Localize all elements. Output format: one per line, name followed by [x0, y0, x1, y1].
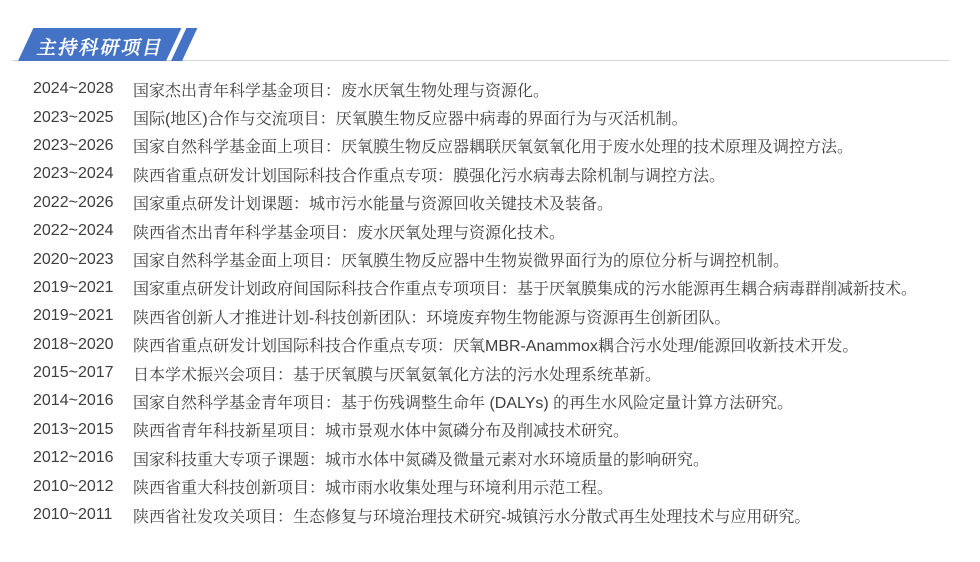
project-title: 陕西省重点研发计划国际科技合作重点专项：膜强化污水病毒去除机制与调控方法。 — [133, 163, 725, 186]
project-list-item: 2015~2017 日本学术振兴会项目：基于厌氧膜与厌氧氨氧化方法的污水处理系统… — [33, 359, 970, 387]
project-title: 国家自然科学基金面上项目：厌氧膜生物反应器中生物炭微界面行为的原位分析与调控机制… — [133, 248, 789, 271]
project-list-item: 2020~2023 国家自然科学基金面上项目：厌氧膜生物反应器中生物炭微界面行为… — [33, 245, 970, 273]
project-list-item: 2010~2011 陕西省社发攻关项目：生态修复与环境治理技术研究-城镇污水分散… — [33, 501, 970, 529]
project-years: 2019~2021 — [33, 279, 133, 297]
project-title: 国际(地区)合作与交流项目：厌氧膜生物反应器中病毒的界面行为与灭活机制。 — [133, 106, 688, 129]
project-years: 2010~2012 — [33, 478, 133, 496]
section-header: 主持科研项目 — [0, 28, 980, 61]
project-list-item: 2024~2028 国家杰出青年科学基金项目：废水厌氧生物处理与资源化。 — [33, 75, 970, 103]
project-years: 2023~2026 — [33, 137, 133, 155]
project-years: 2019~2021 — [33, 307, 133, 325]
project-title: 国家重点研发计划课题：城市污水能量与资源回收关键技术及装备。 — [133, 191, 613, 214]
project-title: 陕西省重点研发计划国际科技合作重点专项：厌氧MBR-Anammox耦合污水处理/… — [133, 333, 858, 356]
project-list-item: 2019~2021 国家重点研发计划政府间国际科技合作重点专项项目：基于厌氧膜集… — [33, 274, 970, 302]
project-list-item: 2022~2024 陕西省杰出青年科学基金项目：废水厌氧处理与资源化技术。 — [33, 217, 970, 245]
project-list-item: 2023~2025 国际(地区)合作与交流项目：厌氧膜生物反应器中病毒的界面行为… — [33, 103, 970, 131]
project-years: 2013~2015 — [33, 421, 133, 439]
research-projects-page: 主持科研项目 2024~2028 国家杰出青年科学基金项目：废水厌氧生物处理与资… — [0, 0, 980, 562]
project-years: 2023~2025 — [33, 109, 133, 127]
project-years: 2024~2028 — [33, 80, 133, 98]
project-years: 2023~2024 — [33, 165, 133, 183]
project-years: 2022~2026 — [33, 194, 133, 212]
project-list-item: 2014~2016 国家自然科学基金青年项目：基于伤残调整生命年 (DALYs)… — [33, 387, 970, 415]
project-list-item: 2013~2015 陕西省青年科技新星项目：城市景观水体中氮磷分布及削减技术研究… — [33, 416, 970, 444]
project-years: 2014~2016 — [33, 392, 133, 410]
project-title: 陕西省青年科技新星项目：城市景观水体中氮磷分布及削减技术研究。 — [133, 418, 629, 441]
project-list-item: 2019~2021 陕西省创新人才推进计划-科技创新团队：环境废弃物生物能源与资… — [33, 302, 970, 330]
project-list-item: 2010~2012 陕西省重大科技创新项目：城市雨水收集处理与环境利用示范工程。 — [33, 472, 970, 500]
project-years: 2010~2011 — [33, 506, 133, 524]
project-list-item: 2012~2016 国家科技重大专项子课题：城市水体中氮磷及微量元素对水环境质量… — [33, 444, 970, 472]
project-list-item: 2022~2026 国家重点研发计划课题：城市污水能量与资源回收关键技术及装备。 — [33, 189, 970, 217]
project-title: 国家重点研发计划政府间国际科技合作重点专项项目：基于厌氧膜集成的污水能源再生耦合… — [133, 276, 917, 299]
project-years: 2022~2024 — [33, 222, 133, 240]
project-list: 2024~2028 国家杰出青年科学基金项目：废水厌氧生物处理与资源化。 202… — [33, 75, 970, 529]
project-title: 陕西省重大科技创新项目：城市雨水收集处理与环境利用示范工程。 — [133, 475, 613, 498]
project-title: 国家科技重大专项子课题：城市水体中氮磷及微量元素对水环境质量的影响研究。 — [133, 447, 709, 470]
project-years: 2020~2023 — [33, 251, 133, 269]
project-title: 国家自然科学基金青年项目：基于伤残调整生命年 (DALYs) 的再生水风险定量计… — [133, 390, 793, 413]
project-title: 国家杰出青年科学基金项目：废水厌氧生物处理与资源化。 — [133, 78, 549, 101]
project-title: 陕西省创新人才推进计划-科技创新团队：环境废弃物生物能源与资源再生创新团队。 — [133, 305, 730, 328]
project-years: 2018~2020 — [33, 336, 133, 354]
project-title: 日本学术振兴会项目：基于厌氧膜与厌氧氨氧化方法的污水处理系统革新。 — [133, 362, 661, 385]
project-title: 陕西省社发攻关项目：生态修复与环境治理技术研究-城镇污水分散式再生处理技术与应用… — [133, 504, 810, 527]
project-years: 2015~2017 — [33, 364, 133, 382]
project-title: 国家自然科学基金面上项目：厌氧膜生物反应器耦联厌氧氨氧化用于废水处理的技术原理及… — [133, 134, 853, 157]
section-title: 主持科研项目 — [35, 33, 181, 60]
project-list-item: 2023~2024 陕西省重点研发计划国际科技合作重点专项：膜强化污水病毒去除机… — [33, 160, 970, 188]
project-years: 2012~2016 — [33, 449, 133, 467]
project-list-item: 2018~2020 陕西省重点研发计划国际科技合作重点专项：厌氧MBR-Anam… — [33, 331, 970, 359]
project-title: 陕西省杰出青年科学基金项目：废水厌氧处理与资源化技术。 — [133, 220, 565, 243]
project-list-item: 2023~2026 国家自然科学基金面上项目：厌氧膜生物反应器耦联厌氧氨氧化用于… — [33, 132, 970, 160]
